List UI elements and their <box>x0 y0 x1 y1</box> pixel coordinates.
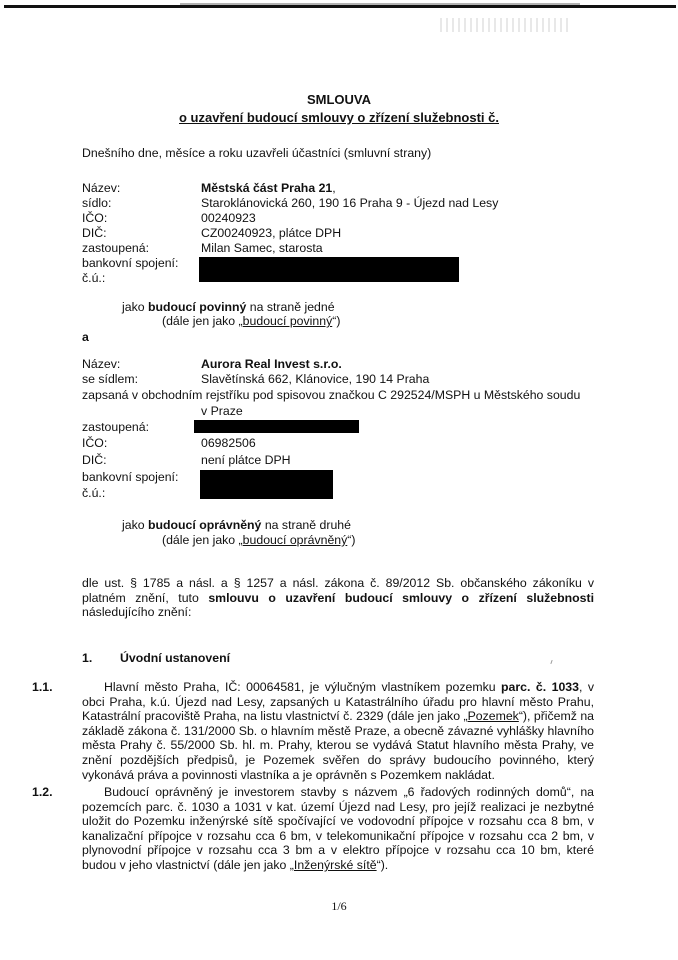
party1-value-represented: Milan Samec, starosta <box>201 241 323 255</box>
party2-alias: (dále jen jako „budoucí oprávněný“) <box>162 533 355 547</box>
party1-label-seat: sídlo: <box>82 196 111 210</box>
scan-mark <box>550 660 552 664</box>
party1-label-name: Název: <box>82 181 120 195</box>
intro-text: Dnešního dne, měsíce a roku uzavřeli úča… <box>82 146 431 160</box>
party2-label-name: Název: <box>82 357 120 371</box>
clause-1-1-text: Hlavní město Praha, IČ: 00064581, je výl… <box>82 680 594 782</box>
party2-registry-court: v Praze <box>201 404 243 418</box>
party2-value-ico: 06982506 <box>201 436 256 450</box>
party1-label-account: č.ú.: <box>82 271 105 285</box>
document-title: SMLOUVA <box>0 93 678 107</box>
party2-value-dic: není plátce DPH <box>201 453 291 467</box>
party2-represented-redaction <box>194 420 359 433</box>
party1-label-ico: IČO: <box>82 211 107 225</box>
party2-label-seat: se sídlem: <box>82 372 138 386</box>
party2-registry: zapsaná v obchodním rejstříku pod spisov… <box>82 388 580 402</box>
clause-1-2-text: Budoucí oprávněný je investorem stavby s… <box>82 785 594 873</box>
party2-label-ico: IČO: <box>82 436 107 450</box>
faded-stamp <box>440 18 570 32</box>
party2-label-account: č.ú.: <box>82 486 105 500</box>
clause-1-1-number: 1.1. <box>32 680 53 695</box>
party1-role: jako budoucí povinný na straně jedné <box>122 300 335 314</box>
party1-label-bank: bankovní spojení: <box>82 256 178 270</box>
party1-value-seat: Staroklánovická 260, 190 16 Praha 9 - Új… <box>201 196 498 210</box>
legal-basis-paragraph: dle ust. § 1785 a násl. a § 1257 a násl.… <box>82 576 594 620</box>
party2-role: jako budoucí oprávněný na straně druhé <box>122 518 351 532</box>
party1-value-ico: 00240923 <box>201 211 256 225</box>
party2-value-seat: Slavětínská 662, Klánovice, 190 14 Praha <box>201 372 429 386</box>
document-subtitle: o uzavření budoucí smlouvy o zřízení slu… <box>0 111 678 125</box>
page-number: 1/6 <box>0 899 678 914</box>
party2-bank-redaction <box>200 470 333 499</box>
party1-alias: (dále jen jako „budoucí povinný“) <box>162 314 340 328</box>
section1-number: 1. <box>82 651 92 665</box>
party1-label-dic: DIČ: <box>82 226 107 240</box>
section1-title: Úvodní ustanovení <box>120 651 230 665</box>
party2-label-dic: DIČ: <box>82 453 107 467</box>
clause-1-2-number: 1.2. <box>32 785 53 800</box>
scan-top-border <box>4 5 676 8</box>
party1-value-name: Městská část Praha 21, <box>201 181 336 195</box>
party2-value-name: Aurora Real Invest s.r.o. <box>201 357 342 371</box>
conjunction: a <box>82 330 89 344</box>
party1-value-dic: CZ00240923, plátce DPH <box>201 226 341 240</box>
party2-label-bank: bankovní spojení: <box>82 470 178 484</box>
party1-label-represented: zastoupená: <box>82 241 149 255</box>
party1-redaction <box>199 257 459 282</box>
party2-label-represented: zastoupená: <box>82 420 149 434</box>
